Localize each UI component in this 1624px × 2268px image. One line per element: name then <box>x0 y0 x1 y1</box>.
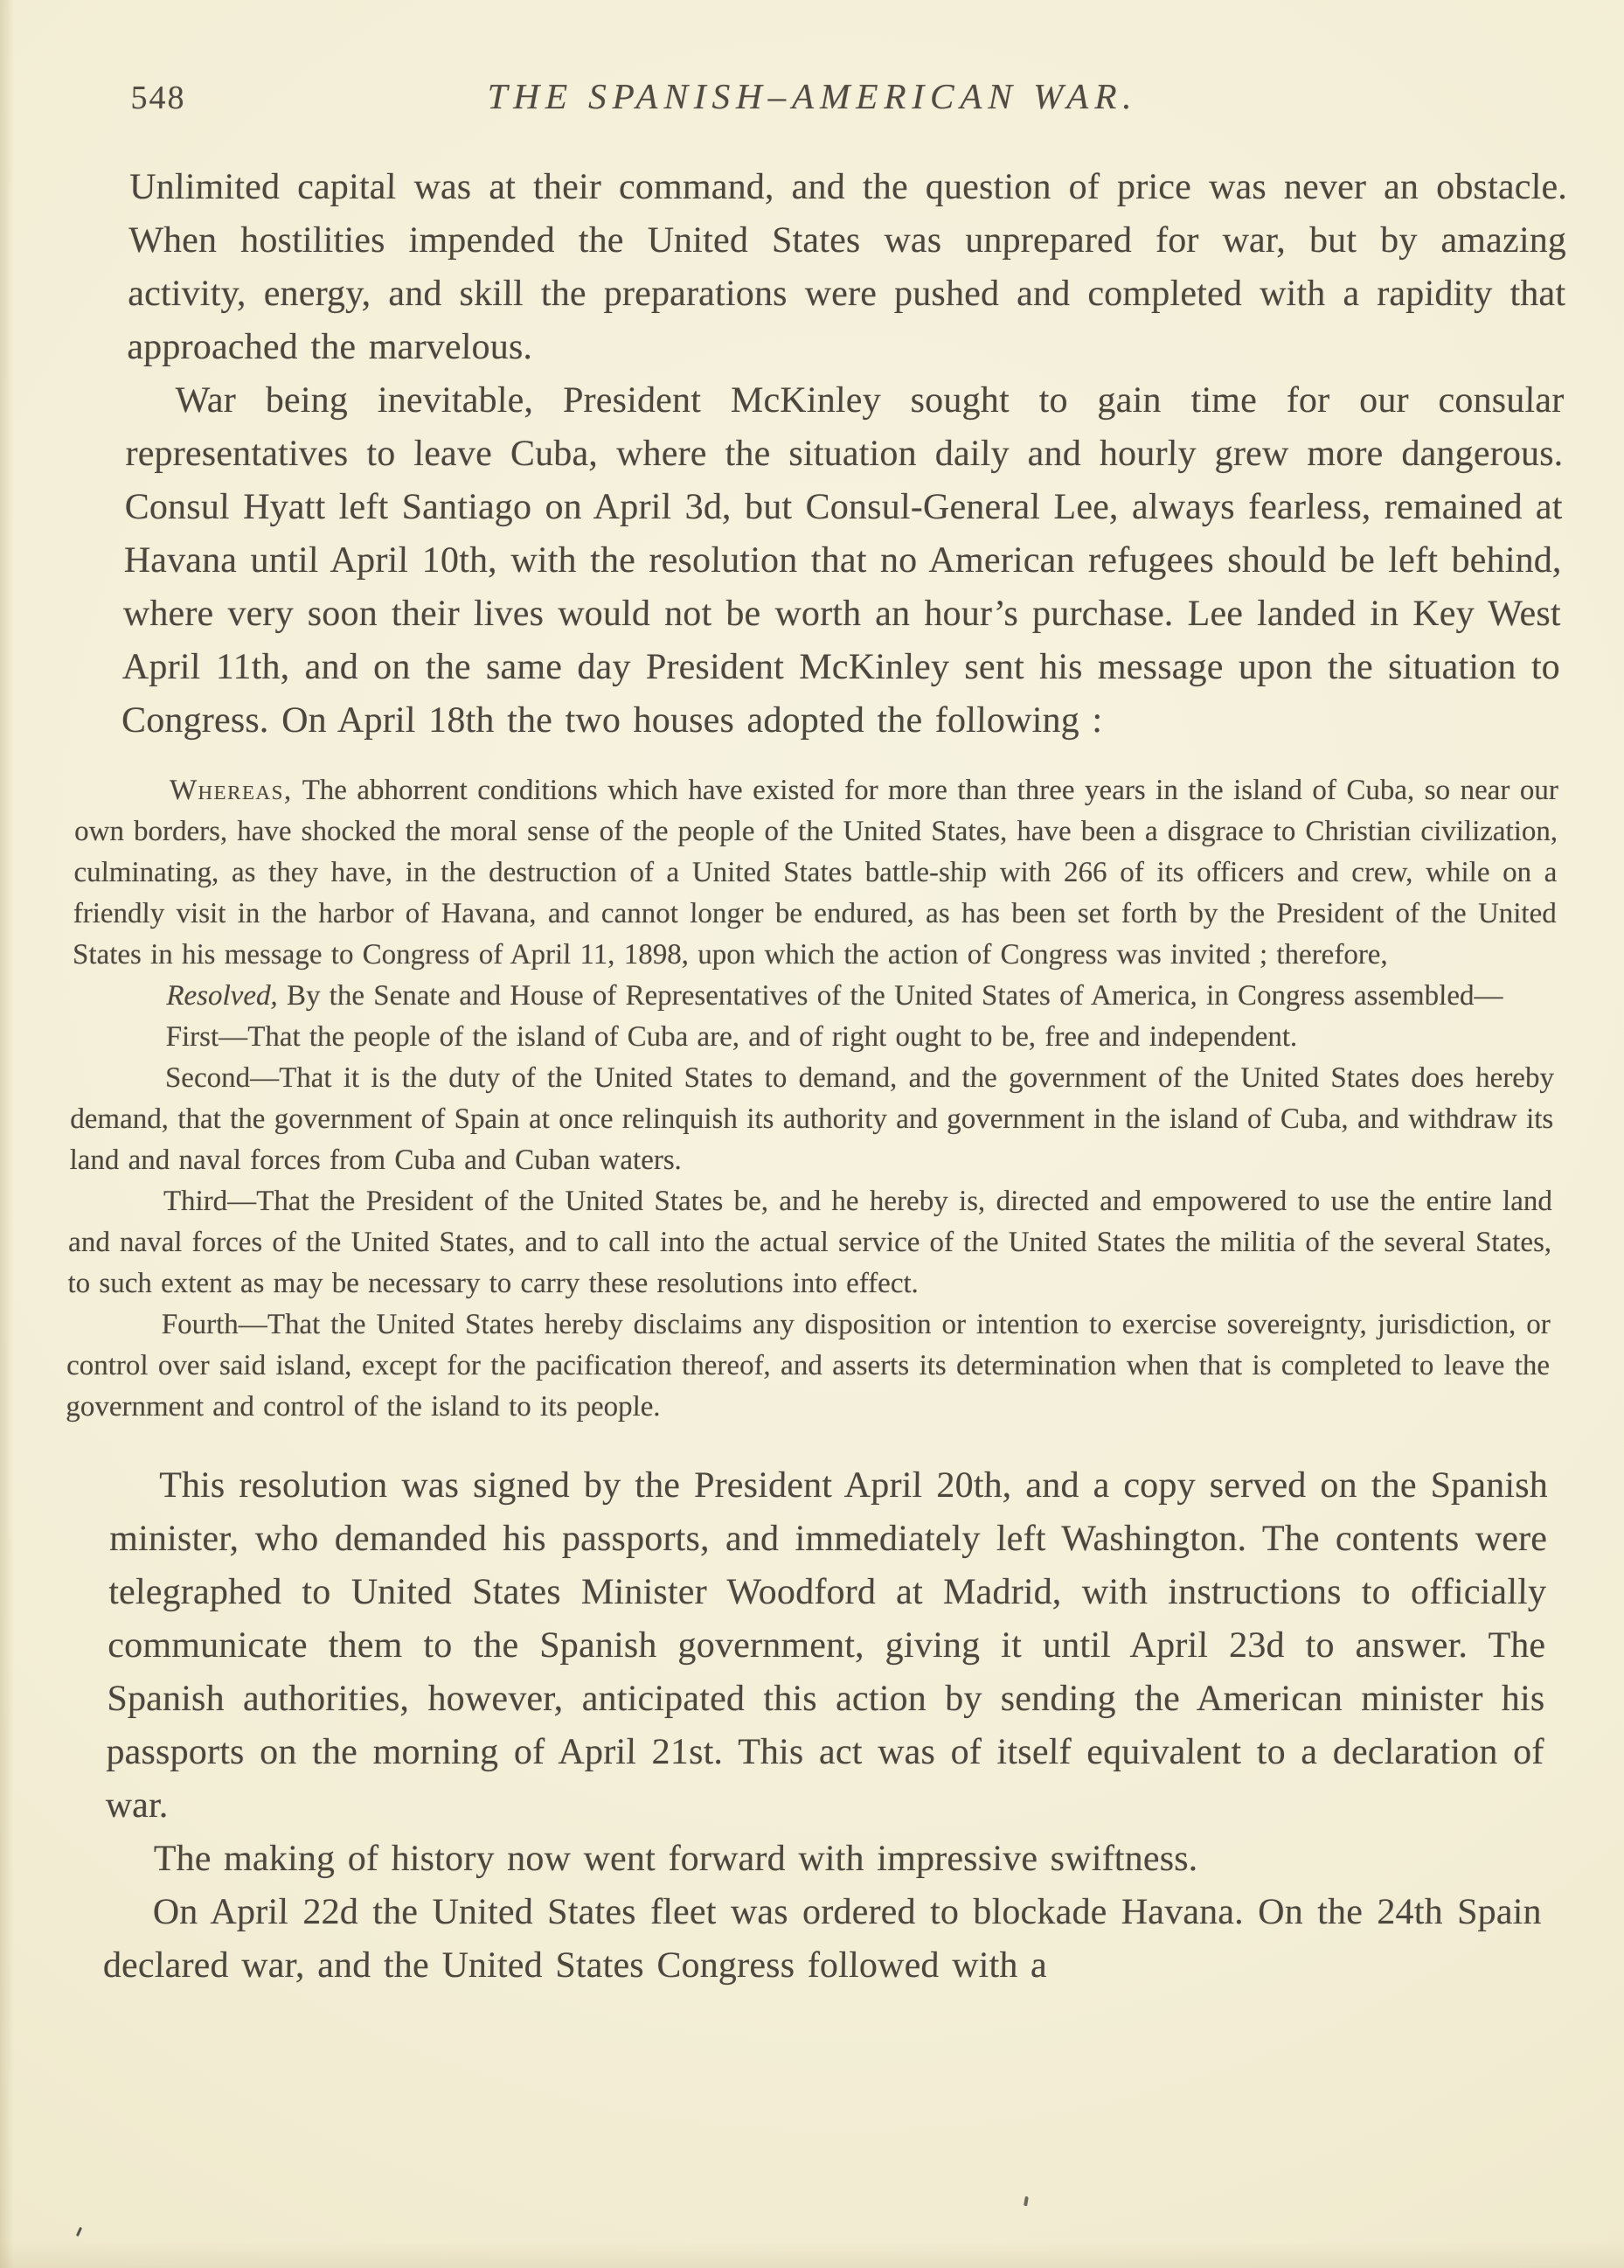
scan-speck-mark <box>76 2227 82 2237</box>
resolution-clause-fourth: Fourth—That the United States hereby dis… <box>66 1304 1551 1428</box>
resolution-clause-second: Second—That it is the duty of the United… <box>69 1058 1554 1181</box>
whereas-clause: Whereas, The abhorrent conditions which … <box>73 770 1558 976</box>
running-title: THE SPANISH–AMERICAN WAR. <box>130 75 1495 117</box>
page-content: 548 THE SPANISH–AMERICAN WAR. Unlimited … <box>102 75 1569 1993</box>
paragraph-fleet-blockade: On April 22d the United States fleet was… <box>102 1886 1542 1993</box>
resolved-lead-word: Resolved, <box>166 980 278 1012</box>
paragraph-making-of-history: The making of history now went forward w… <box>104 1833 1543 1886</box>
resolution-clause-third: Third—That the President of the United S… <box>67 1181 1552 1304</box>
paragraph-war-inevitable: War being inevitable, President McKinley… <box>121 374 1565 748</box>
resolved-clause: Resolved, By the Senate and House of Rep… <box>72 976 1556 1017</box>
congress-resolution-extract: Whereas, The abhorrent conditions which … <box>66 770 1558 1428</box>
book-page-scan: 548 THE SPANISH–AMERICAN WAR. Unlimited … <box>0 0 1624 2268</box>
scan-speck-mark <box>1024 2196 1029 2207</box>
paragraph-unlimited-capital: Unlimited capital was at their command, … <box>127 161 1568 374</box>
resolved-text: By the Senate and House of Representativ… <box>277 980 1503 1012</box>
whereas-lead-word: Whereas, <box>170 775 293 806</box>
page-header: 548 THE SPANISH–AMERICAN WAR. <box>130 75 1569 117</box>
whereas-text: The abhorrent conditions which have exis… <box>73 775 1558 971</box>
resolution-clause-first: First—That the people of the island of C… <box>71 1017 1555 1058</box>
paragraph-resolution-signed: This resolution was signed by the Presid… <box>105 1459 1548 1833</box>
scan-bottom-edge-artifact <box>91 2260 1624 2268</box>
